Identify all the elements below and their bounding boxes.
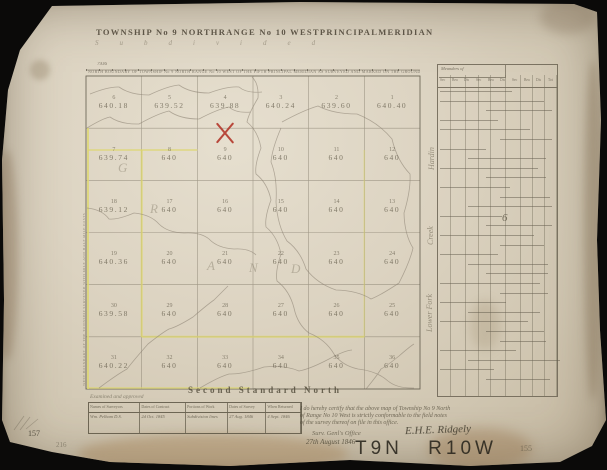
surveyor-table-cell: Subdivision lines: [186, 413, 228, 433]
section-cell: 12640: [364, 128, 420, 180]
section-cell: 14640: [309, 180, 365, 232]
table-entry-line: [486, 177, 546, 178]
table-column-header: Sec: [476, 78, 481, 82]
section-cell: 33640: [197, 337, 253, 389]
surveyor-table-row: Wm. Pelham D.S.2d Oct. 1845Subdivision l…: [89, 413, 301, 433]
section-acreage: 640: [217, 205, 233, 214]
table-entry-line: [440, 187, 510, 188]
table-column-line: [556, 75, 557, 396]
table-entry-line: [500, 139, 552, 140]
surveyor-table-header-cell: Names of Surveyors: [89, 403, 140, 412]
title-township: TOWNSHIP No 9 NORTH: [96, 27, 219, 37]
table-entry-line: [468, 158, 546, 159]
section-acreage: 640.36: [99, 257, 129, 266]
surveyor-table-header-cell: Dates of Contract: [140, 403, 186, 412]
stain-top-right: [540, 0, 596, 34]
table-entry-line: [440, 283, 540, 284]
section-cell: 13640: [364, 180, 420, 232]
certificate-office: Surv. Genl's Office: [312, 430, 361, 437]
section-cell: 27640: [253, 285, 309, 337]
table-entry-line: [468, 312, 540, 313]
approval-note: Examined and approved: [90, 394, 144, 400]
section-acreage: 640: [161, 153, 177, 162]
table-entry-line: [486, 273, 548, 274]
section-acreage: 640: [217, 309, 233, 318]
certificate-date: 27th August 1846: [306, 438, 355, 446]
title-range: RANGE No 10 WEST: [219, 27, 320, 37]
surveyor-table-cell: Wm. Pelham D.S.: [89, 413, 140, 433]
table-entry-line: [440, 149, 486, 150]
surveyor-table: Names of SurveyorsDates of ContractPorti…: [88, 402, 302, 434]
section-acreage: 640: [161, 257, 177, 266]
section-cell: 2639.60: [309, 76, 365, 128]
subtitle-script: Subdivided: [95, 39, 425, 47]
section-acreage: 640: [328, 153, 344, 162]
table-column-header: Bea: [524, 78, 530, 82]
table-column-header: Bea: [452, 78, 458, 82]
surveyor-table-header-cell: Dates of Survey: [228, 403, 266, 412]
table-entry-line: [500, 245, 544, 246]
map-title: TOWNSHIP No 9 NORTH RANGE No 10 WEST PRI…: [96, 27, 418, 37]
title-principal: PRINCIPAL: [320, 27, 378, 37]
table-column-line: [544, 75, 545, 396]
faint-letter: A: [207, 258, 215, 274]
table-entry-line: [440, 120, 498, 121]
faint-letter: R: [150, 201, 158, 217]
title-meridian: MERIDIAN: [378, 27, 433, 37]
table-column-header: Sec: [512, 78, 517, 82]
section-cell: 15640: [253, 180, 309, 232]
table-entry-line: [486, 331, 544, 332]
table-column-header: Dis: [500, 78, 505, 82]
table-entry-line: [500, 341, 546, 342]
section-acreage: 640: [384, 361, 400, 370]
table-entry-line: [440, 369, 494, 370]
section-acreage: 640: [273, 257, 289, 266]
table-column-header: Sec: [440, 78, 445, 82]
section-acreage: 640: [217, 361, 233, 370]
margin-label: Creek: [426, 195, 435, 245]
table-entry-line: [486, 225, 552, 226]
table-entry-line: [440, 168, 538, 169]
section-cell: 7639.74: [86, 128, 142, 180]
section-cell: 23640: [309, 233, 365, 285]
margin-label: Lower Fork: [425, 254, 434, 332]
section-acreage: 640.24: [266, 101, 296, 110]
meander-table: Meanders of SecBeaDisSecBeaDisSecBeaDisT…: [437, 64, 558, 397]
section-cell: 29640: [142, 285, 198, 337]
table-entry-line: [440, 350, 516, 351]
table-entry-line: [486, 379, 550, 380]
section-acreage: 640.22: [99, 361, 129, 370]
surveyor-table-cell: 27 Aug. 1846: [228, 413, 266, 433]
margin-label: Hardin: [427, 110, 436, 170]
table-column-header: Dis: [536, 78, 541, 82]
section-cell: 19640.36: [86, 233, 142, 285]
section-acreage: 639.58: [99, 309, 129, 318]
section-cell: 26640: [309, 285, 365, 337]
section-cell: 3640.24: [253, 76, 309, 128]
section-acreage: 640: [328, 257, 344, 266]
section-cell: 18639.12: [86, 180, 142, 232]
red-x-mark: [213, 121, 237, 145]
section-cell: 36640: [364, 337, 420, 389]
table-entry-line: [468, 264, 548, 265]
section-cell: 35640: [309, 337, 365, 389]
section-acreage: 640: [161, 205, 177, 214]
section-cell: 25640: [364, 285, 420, 337]
plat-number: 7936: [97, 62, 107, 67]
pencil-scribble: [12, 414, 42, 432]
section-cell: 20640: [142, 233, 198, 285]
table-entry-line: [500, 197, 550, 198]
section-acreage: 639.60: [321, 101, 351, 110]
table-entry-line: [468, 206, 552, 207]
table-entry-line: [440, 302, 506, 303]
section-acreage: 640: [384, 309, 400, 318]
handwritten-mark: 6: [502, 212, 508, 224]
section-grid: 6640.185639.524639.883640.242639.601640.…: [86, 76, 420, 389]
table-column-header: Dis: [464, 78, 469, 82]
section-acreage: 640: [161, 361, 177, 370]
surveyor-table-header-cell: When Returned: [266, 403, 301, 412]
section-acreage: 640: [384, 205, 400, 214]
surveyor-table-cell: 4 Sept. 1846: [266, 413, 301, 433]
section-cell: 8640: [142, 128, 198, 180]
surveyor-table-header-cell: Portions of Work: [186, 403, 228, 412]
surveyor-table-header: Names of SurveyorsDates of ContractPorti…: [89, 403, 301, 413]
standard-parallel-label: Second Standard North: [188, 385, 342, 395]
table-column-header: Bea: [488, 78, 494, 82]
section-acreage: 640: [273, 205, 289, 214]
section-acreage: 640: [161, 309, 177, 318]
section-acreage: 640: [273, 361, 289, 370]
section-acreage: 640.40: [377, 101, 407, 110]
section-acreage: 640: [328, 361, 344, 370]
section-cell: 31640.22: [86, 337, 142, 389]
section-cell: 5639.52: [142, 76, 198, 128]
section-cell: 34640: [253, 337, 309, 389]
table-entry-line: [440, 254, 498, 255]
table-column-header: Tot: [548, 78, 553, 82]
table-entry-line: [486, 110, 552, 111]
section-acreage: 639.52: [154, 101, 184, 110]
section-acreage: 640: [217, 153, 233, 162]
table-entry-line: [440, 216, 502, 217]
section-cell: 10640: [253, 128, 309, 180]
scanned-plat-photo: TOWNSHIP No 9 NORTH RANGE No 10 WEST PRI…: [0, 0, 607, 470]
table-entry-line: [440, 235, 534, 236]
surveyor-signature: E.H.E. Ridgely: [405, 423, 471, 437]
stain-left-edge: [0, 150, 18, 360]
north-boundary-note: NORTH BOUNDARY OF TOWNSHIP No 9 NORTH RA…: [88, 69, 420, 74]
section-acreage: 640: [384, 257, 400, 266]
surveyor-table-cell: 2d Oct. 1845: [140, 413, 186, 433]
section-cell: 11640: [309, 128, 365, 180]
page-number: 155: [520, 444, 532, 453]
section-cell: 28640: [197, 285, 253, 337]
faint-letter: D: [291, 261, 300, 277]
table-entry-line: [440, 321, 528, 322]
table-entry-line: [440, 91, 512, 92]
section-acreage: 640: [217, 257, 233, 266]
stain-right-edge: [584, 60, 602, 400]
section-cell: 32640: [142, 337, 198, 389]
section-acreage: 640.18: [99, 101, 129, 110]
section-acreage: 640: [328, 309, 344, 318]
paper-sheet: TOWNSHIP No 9 NORTH RANGE No 10 WEST PRI…: [0, 0, 607, 470]
section-cell: 21640: [197, 233, 253, 285]
section-acreage: 640: [384, 153, 400, 162]
section-cell: 6640.18: [86, 76, 142, 128]
section-acreage: 640: [273, 153, 289, 162]
stain-spot-1: [30, 60, 50, 80]
table-entry-line: [500, 293, 548, 294]
archive-number-small: 216: [56, 441, 67, 449]
section-cell: 16640: [197, 180, 253, 232]
table-entry-line: [440, 129, 530, 130]
section-acreage: 639.12: [99, 205, 129, 214]
section-acreage: 639.88: [210, 101, 240, 110]
table-entry-line: [440, 101, 544, 102]
section-acreage: 640: [273, 309, 289, 318]
section-cell: 1640.40: [364, 76, 420, 128]
section-cell: 30639.58: [86, 285, 142, 337]
faint-letter: N: [249, 260, 258, 276]
faint-letter: G: [118, 160, 127, 176]
section-cell: 24640: [364, 233, 420, 285]
table-entry-line: [468, 360, 560, 361]
section-acreage: 640: [328, 205, 344, 214]
township-range-stamp: T9N R10W: [355, 438, 497, 460]
